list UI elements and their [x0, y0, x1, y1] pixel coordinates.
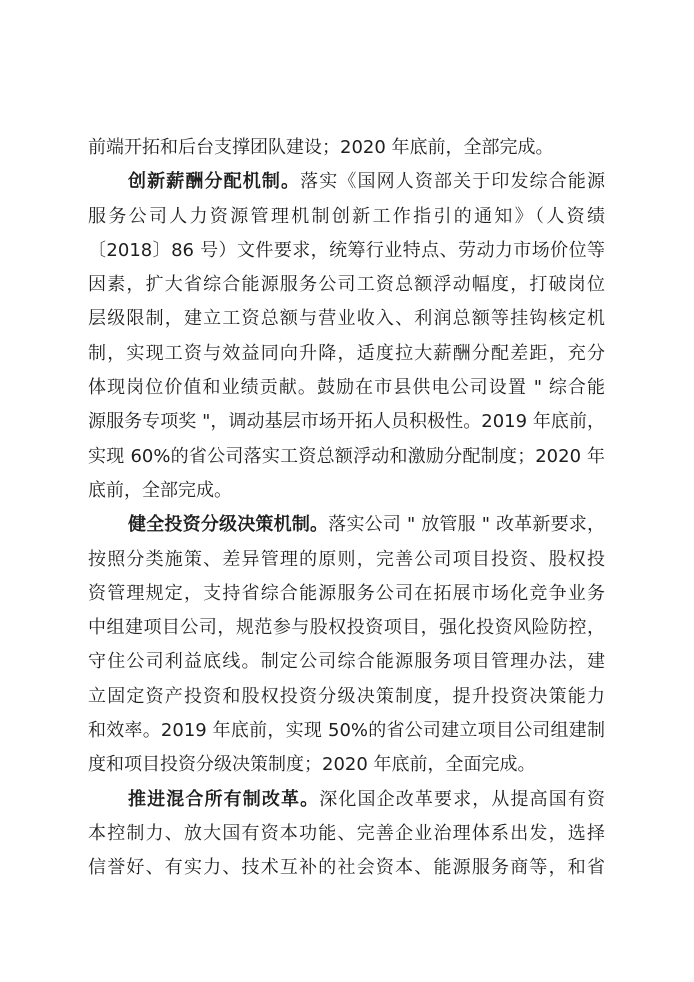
document-line: 健全投资分级决策机制。落实公司 " 放管服 " 改革新要求，	[88, 508, 605, 542]
document-line: 度和项目投资分级决策制度；2020 年底前，全面完成。	[88, 748, 605, 782]
document-line: 源服务专项奖 "，调动基层市场开拓人员积极性。2019 年底前，	[88, 405, 605, 439]
document-line: 因素，扩大省综合能源服务公司工资总额浮动幅度，打破岗位	[88, 268, 605, 302]
document-line: 和效率。2019 年底前，实现 50%的省公司建立项目公司组建制	[88, 714, 605, 748]
document-line: 资管理规定，支持省综合能源服务公司在拓展市场化竞争业务	[88, 577, 605, 611]
paragraph-heading: 推进混合所有制改革。	[128, 789, 319, 810]
document-line: 中组建项目公司，规范参与股权投资项目，强化投资风险防控，	[88, 611, 605, 645]
document-line: 服务公司人力资源管理机制创新工作指引的通知》（人资绩	[88, 200, 605, 234]
document-line: 前端开拓和后台支撑团队建设；2020 年底前，全部完成。	[88, 131, 605, 165]
text-block: 前端开拓和后台支撑团队建设；2020 年底前，全部完成。创新薪酬分配机制。落实《…	[88, 131, 605, 886]
document-line: 推进混合所有制改革。深化国企改革要求，从提高国有资	[88, 783, 605, 817]
document-line: 层级限制，建立工资总额与营业收入、利润总额等挂钩核定机	[88, 302, 605, 336]
document-line: 实现 60%的省公司落实工资总额浮动和激励分配制度；2020 年	[88, 440, 605, 474]
document-line: 制，实现工资与效益同向升降，适度拉大薪酬分配差距，充分	[88, 337, 605, 371]
document-line: 底前，全部完成。	[88, 474, 605, 508]
paragraph-heading: 创新薪酬分配机制。	[128, 171, 300, 192]
document-line: 立固定资产投资和股权投资分级决策制度，提升投资决策能力	[88, 680, 605, 714]
document-line: 信誉好、有实力、技术互补的社会资本、能源服务商等，和省	[88, 851, 605, 885]
document-line: 本控制力、放大国有资本功能、完善企业治理体系出发，选择	[88, 817, 605, 851]
document-line: 〔2018〕86 号）文件要求，统筹行业特点、劳动力市场价位等	[88, 234, 605, 268]
document-line: 体现岗位价值和业绩贡献。鼓励在市县供电公司设置 " 综合能	[88, 371, 605, 405]
paragraph-heading: 健全投资分级决策机制。	[128, 514, 328, 535]
document-page: 前端开拓和后台支撑团队建设；2020 年底前，全部完成。创新薪酬分配机制。落实《…	[0, 0, 694, 982]
document-line: 守住公司利益底线。制定公司综合能源服务项目管理办法，建	[88, 645, 605, 679]
document-line: 创新薪酬分配机制。落实《国网人资部关于印发综合能源	[88, 165, 605, 199]
document-line: 按照分类施策、差异管理的原则，完善公司项目投资、股权投	[88, 543, 605, 577]
